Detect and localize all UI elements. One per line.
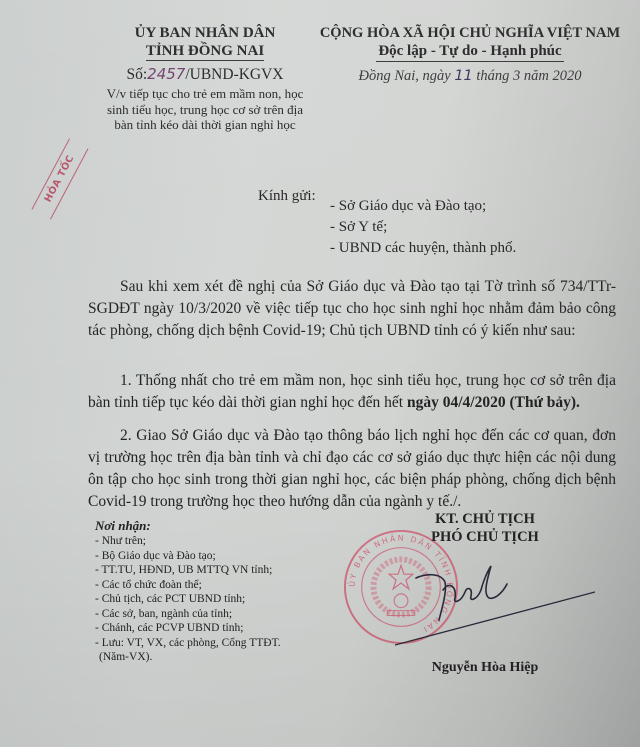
document-date: Đồng Nai, ngày 11 tháng 3 năm 2020 bbox=[300, 66, 640, 86]
distribution-item: (Năm-VX). bbox=[95, 650, 281, 665]
distribution-list: Nơi nhận: - Như trên; - Bộ Giáo dục và Đ… bbox=[95, 518, 281, 665]
distribution-item: - Chánh, các PCVP UBND tỉnh; bbox=[95, 621, 281, 636]
distribution-item: - Bộ Giáo dục và Đào tạo; bbox=[95, 549, 281, 564]
recipient-item: - Sở Y tế; bbox=[330, 217, 387, 238]
item-1-paragraph: 1. Thống nhất cho trẻ em mầm non, học si… bbox=[88, 370, 616, 414]
issuing-agency-header: ỦY BAN NHÂN DÂN TỈNH ĐỒNG NAI Số:2457/UB… bbox=[80, 24, 330, 133]
national-motto: Độc lập - Tự do - Hạnh phúc bbox=[376, 42, 563, 62]
agency-name: ỦY BAN NHÂN DÂN bbox=[80, 24, 330, 42]
agency-province: TỈNH ĐỒNG NAI bbox=[146, 42, 264, 61]
deadline-date: ngày 04/4/2020 (Thứ bảy). bbox=[407, 394, 580, 411]
intro-paragraph: Sau khi xem xét đề nghị của Sở Giáo dục … bbox=[88, 276, 616, 342]
item-2-paragraph: 2. Giao Sở Giáo dục và Đào tạo thông báo… bbox=[88, 425, 616, 513]
distribution-item: - Chủ tịch, các PCT UBND tỉnh; bbox=[95, 592, 281, 607]
urgent-stamp: HỎA TỐC bbox=[32, 139, 89, 220]
distribution-item: - Các tổ chức đoàn thể; bbox=[95, 578, 281, 593]
recipient-item: - UBND các huyện, thành phố. bbox=[330, 238, 516, 259]
signer-authority: KT. CHỦ TỊCH bbox=[410, 510, 560, 528]
distribution-item: - Lưu: VT, VX, các phòng, Cổng TTĐT. bbox=[95, 636, 281, 651]
handwritten-signature-icon bbox=[395, 560, 595, 650]
greeting-label: Kính gửi: bbox=[258, 188, 316, 205]
distribution-item: - Các sở, ban, ngành của tỉnh; bbox=[95, 607, 281, 622]
handwritten-number: 2457 bbox=[147, 65, 185, 83]
recipient-item: - Sở Giáo dục và Đào tạo; bbox=[330, 196, 486, 217]
signer-name: Nguyễn Hòa Hiệp bbox=[410, 660, 560, 676]
signature-block: KT. CHỦ TỊCH PHÓ CHỦ TỊCH bbox=[410, 510, 560, 546]
distribution-item: - TT.TU, HĐND, UB MTTQ VN tỉnh; bbox=[95, 563, 281, 578]
nation-name: CỘNG HÒA XÃ HỘI CHỦ NGHĨA VIỆT NAM bbox=[300, 24, 640, 42]
distribution-title: Nơi nhận: bbox=[95, 518, 281, 534]
handwritten-day: 11 bbox=[454, 68, 472, 84]
national-header: CỘNG HÒA XÃ HỘI CHỦ NGHĨA VIỆT NAM Độc l… bbox=[300, 24, 640, 86]
document-number: Số:2457/UBND-KGVX bbox=[80, 64, 330, 85]
signer-position: PHÓ CHỦ TỊCH bbox=[410, 528, 560, 546]
distribution-item: - Như trên; bbox=[95, 534, 281, 549]
document-subject: V/v tiếp tục cho trẻ em mầm non, học sin… bbox=[80, 86, 330, 133]
